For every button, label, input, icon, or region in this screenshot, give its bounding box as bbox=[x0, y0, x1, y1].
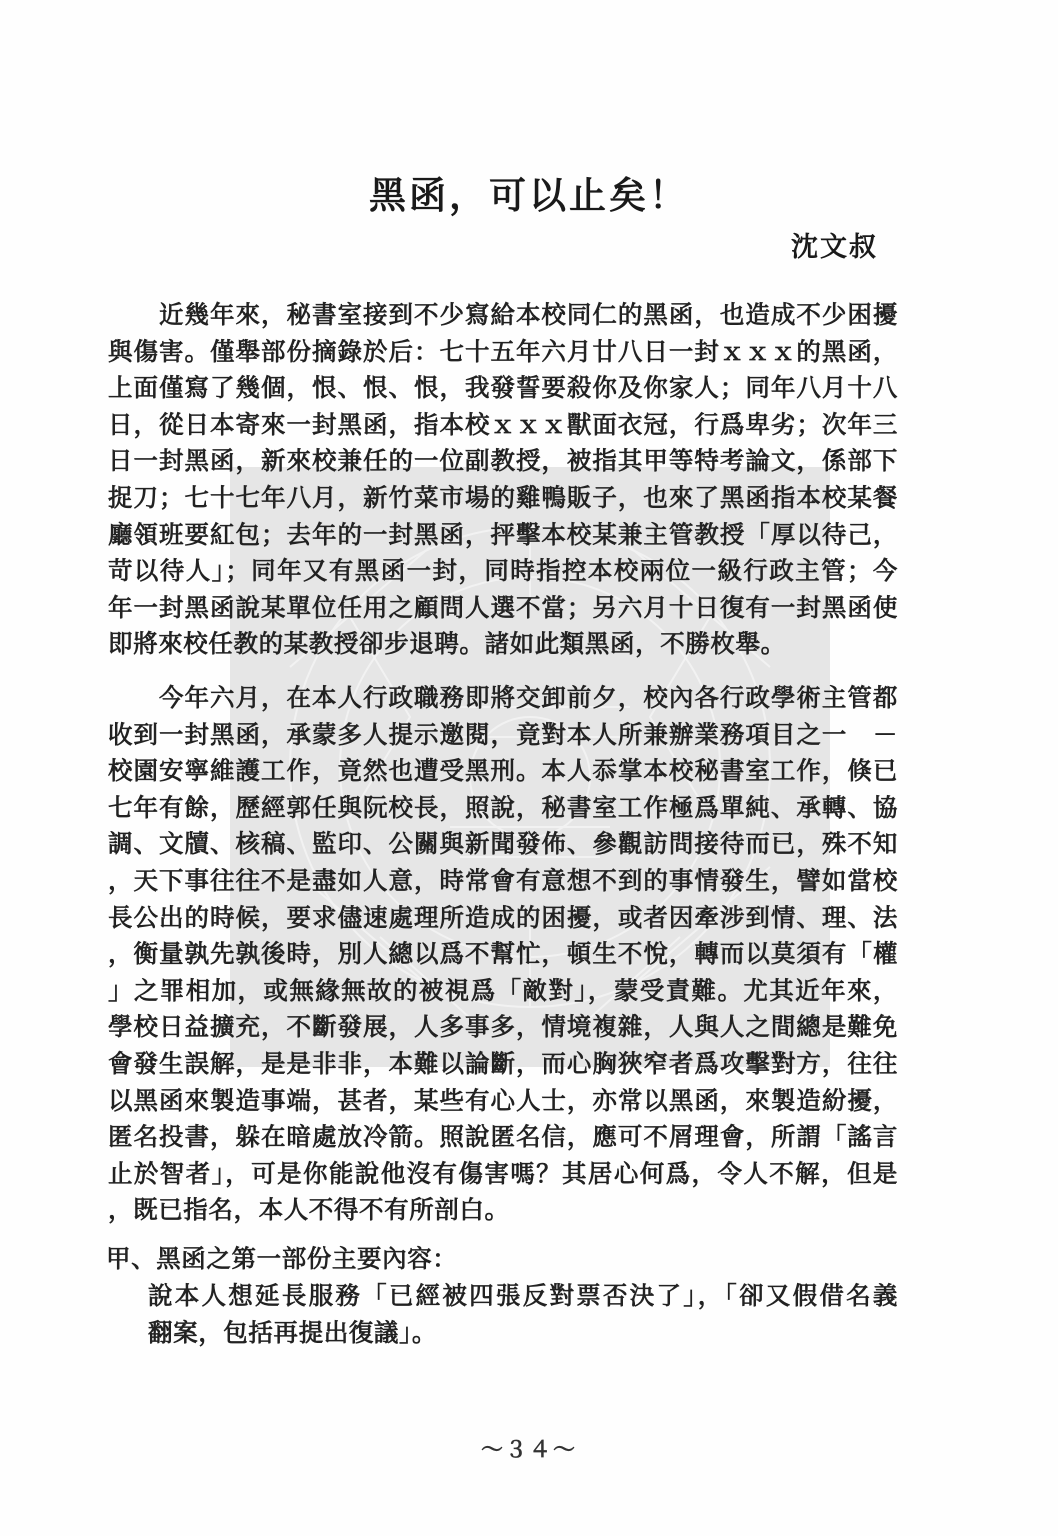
text-line: 捉刀；七十七年八月，新竹菜市場的雞鴨販子，也來了黑函指本校某餐 bbox=[108, 480, 898, 517]
text-line: 長公出的時候，要求儘速處理所造成的困擾，或者因牽涉到情、理、法 bbox=[108, 900, 898, 937]
text-line: 苛以待人」；同年又有黑函一封，同時指控本校兩位一級行政主管；今 bbox=[108, 553, 898, 590]
page-number: ～３４～ bbox=[0, 1433, 1058, 1464]
paragraph-2: 今年六月，在本人行政職務即將交卸前夕，校內各行政學術主管都 收到一封黑函，承蒙多… bbox=[108, 680, 898, 1229]
text-line: 學校日益擴充，不斷發展，人多事多，情境複雜，人與人之間總是難免 bbox=[108, 1009, 898, 1046]
text-line: 即將來校任教的某教授卻步退聘。諸如此類黑函，不勝枚舉。 bbox=[108, 626, 898, 663]
text-line: 調、文牘、核稿、監印、公關與新聞發佈、參觀訪問接待而已，殊不知 bbox=[108, 826, 898, 863]
text-line: 說本人想延長服務「已經被四張反對票否決了」，「卻又假借名義 bbox=[148, 1278, 898, 1315]
paragraph-1: 近幾年來，秘書室接到不少寫給本校同仁的黑函，也造成不少困擾 與傷害。僅舉部份摘錄… bbox=[108, 297, 898, 663]
text-line: 年一封黑函說某單位任用之顧問人選不當；另六月十日復有一封黑函使 bbox=[108, 590, 898, 627]
text-line: ，衡量孰先孰後時，別人總以爲不幫忙，頓生不悅，轉而以莫須有「權 bbox=[108, 936, 898, 973]
text-line: 收到一封黑函，承蒙多人提示邀閱，竟對本人所兼辦業務項目之一 － bbox=[108, 717, 898, 754]
text-line: 止於智者」，可是你能說他沒有傷害嗎？其居心何爲，令人不解，但是 bbox=[108, 1156, 898, 1193]
text-line: 校園安寧維護工作，竟然也遭受黑刑。本人忝掌本校秘書室工作，倏已 bbox=[108, 753, 898, 790]
text-line: ，既已指名，本人不得不有所剖白。 bbox=[108, 1192, 898, 1229]
text-line: 近幾年來，秘書室接到不少寫給本校同仁的黑函，也造成不少困擾 bbox=[108, 297, 898, 334]
text-line: 七年有餘，歷經郭任與阮校長，照說，秘書室工作極爲單純、承轉、協 bbox=[108, 790, 898, 827]
section-heading: 甲、黑函之第一部份主要內容： bbox=[106, 1240, 457, 1275]
text-line: 與傷害。僅舉部份摘錄於后：七十五年六月廿八日一封ｘｘｘ的黑函， bbox=[108, 334, 898, 371]
article-title: 黑函，可以止矣！ bbox=[0, 165, 1058, 219]
text-line: 」之罪相加，或無緣無故的被視爲「敵對」，蒙受責難。尤其近年來， bbox=[108, 973, 898, 1010]
text-line: 今年六月，在本人行政職務即將交卸前夕，校內各行政學術主管都 bbox=[108, 680, 898, 717]
text-line: 以黑函來製造事端，甚者，某些有心人士，亦常以黑函，來製造紛擾， bbox=[108, 1083, 898, 1120]
text-line: 日一封黑函，新來校兼任的一位副教授，被指其甲等特考論文，係部下 bbox=[108, 443, 898, 480]
text-line: 會發生誤解，是是非非，本難以論斷，而心胸狹窄者爲攻擊對方，往往 bbox=[108, 1046, 898, 1083]
section-body: 說本人想延長服務「已經被四張反對票否決了」，「卻又假借名義 翻案，包括再提出復議… bbox=[148, 1278, 898, 1351]
document-page: 黑函，可以止矣！ 沈文叔 近幾年來，秘書室接到不少寫給本校同仁的黑函，也造成不少… bbox=[0, 0, 1058, 1536]
text-line: 日，從日本寄來一封黑函，指本校ｘｘｘ獸面衣冠，行爲卑劣；次年三 bbox=[108, 407, 898, 444]
text-line: 匿名投書，躲在暗處放冷箭。照說匿名信，應可不屑理會，所謂「謠言 bbox=[108, 1119, 898, 1156]
text-line: 上面僅寫了幾個，恨、恨、恨，我發誓要殺你及你家人；同年八月十八 bbox=[108, 370, 898, 407]
text-line: 廳領班要紅包；去年的一封黑函，抨擊本校某兼主管教授「厚以待己， bbox=[108, 517, 898, 554]
text-line: 翻案，包括再提出復議」。 bbox=[148, 1315, 898, 1352]
text-line: ，天下事往往不是盡如人意，時常會有意想不到的事情發生，譬如當校 bbox=[108, 863, 898, 900]
author-name: 沈文叔 bbox=[791, 225, 878, 264]
